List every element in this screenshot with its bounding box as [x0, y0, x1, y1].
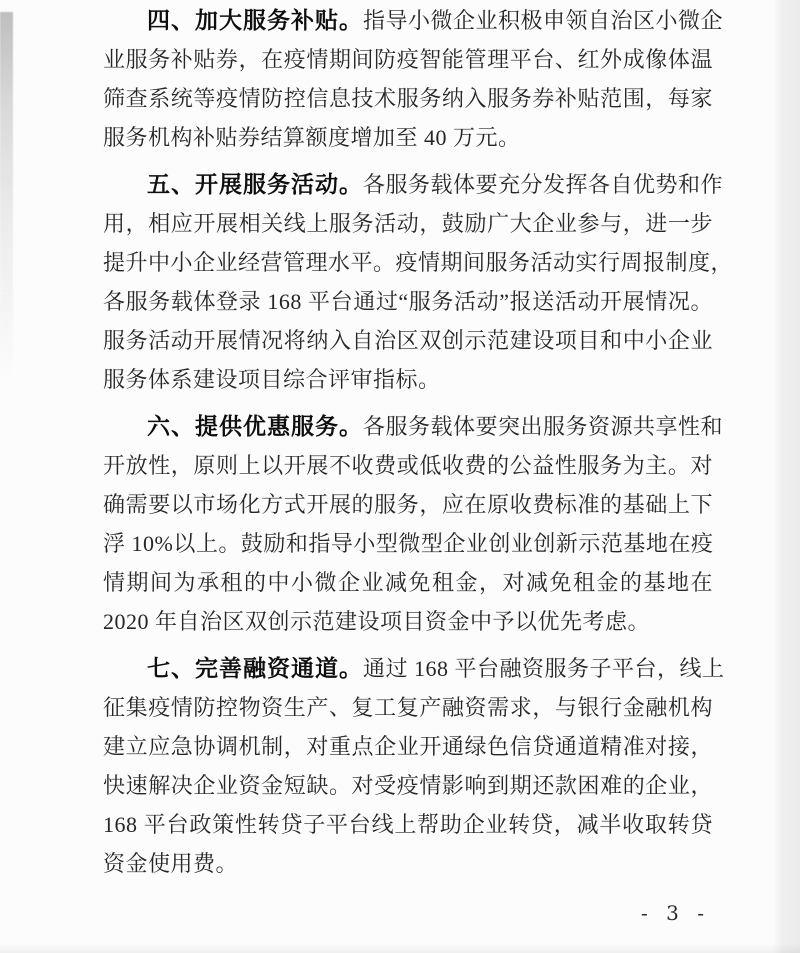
text-line: 2020 年自治区双创示范建设项目资金中予以优先考虑。 — [103, 602, 713, 641]
section-6-heading: 六、提供优惠服务。 — [147, 414, 363, 440]
section-4-service-subsidies: 四、加大服务补贴。指导小微企业积极申领自治区小微企 业服务补贴券，在疫情期间防疫… — [103, 1, 713, 157]
text-line: 情期间为承租的中小微企业减免租金，对减免租金的基地在 — [103, 563, 713, 602]
text-line: 服务体系建设项目综合评审指标。 — [103, 360, 713, 399]
text-line: 征集疫情防控物资生产、复工复产融资需求，与银行金融机构 — [103, 688, 713, 727]
section-7-financing-channels: 七、完善融资通道。通过 168 平台融资服务子平台，线上 征集疫情防控物资生产、… — [103, 649, 713, 883]
text-run: 各服务载体要充分发挥各自优势和作 — [363, 172, 723, 197]
scan-artifact-left-edge — [0, 12, 13, 382]
scan-artifact-bottom-edge — [0, 944, 800, 953]
text-line: 确需要以市场化方式开展的服务，应在原收费标准的基础上下 — [103, 485, 713, 524]
text-line: 建立应急协调机制，对重点企业开通绿色信贷通道精准对接， — [103, 727, 713, 766]
text-line: 各服务载体登录 168 平台通过“服务活动”报送活动开展情况。 — [103, 282, 713, 321]
section-6-preferential-services: 六、提供优惠服务。各服务载体要突出服务资源共享性和 开放性，原则上以开展不收费或… — [103, 407, 713, 641]
text-line: 浮 10%以上。鼓励和指导小型微型企业创业创新示范基地在疫 — [103, 524, 713, 563]
section-5-heading: 五、开展服务活动。 — [147, 172, 363, 198]
scan-artifact-right-edge — [773, 0, 800, 953]
text-run: 各服务载体要突出服务资源共享性和 — [363, 414, 723, 439]
text-run: 通过 168 平台融资服务子平台，线上 — [363, 656, 725, 681]
text-run: 指导小微企业积极申领自治区小微企 — [363, 8, 723, 33]
section-5-service-activities: 五、开展服务活动。各服务载体要充分发挥各自优势和作 用，相应开展相关线上服务活动… — [103, 165, 713, 399]
text-line: 四、加大服务补贴。指导小微企业积极申领自治区小微企 — [103, 1, 713, 40]
text-line: 筛查系统等疫情防控信息技术服务纳入服务券补贴范围，每家 — [103, 79, 713, 118]
text-line: 服务活动开展情况将纳入自治区双创示范建设项目和中小企业 — [103, 321, 713, 360]
text-line: 168 平台政策性转贷子平台线上帮助企业转贷，减半收取转贷 — [103, 805, 713, 844]
section-4-heading: 四、加大服务补贴。 — [147, 8, 363, 34]
text-line: 业服务补贴券，在疫情期间防疫智能管理平台、红外成像体温 — [103, 40, 713, 79]
section-7-heading: 七、完善融资通道。 — [147, 656, 363, 682]
text-line: 服务机构补贴券结算额度增加至 40 万元。 — [103, 118, 713, 157]
text-line: 开放性，原则上以开展不收费或低收费的公益性服务为主。对 — [103, 446, 713, 485]
text-line: 五、开展服务活动。各服务载体要充分发挥各自优势和作 — [103, 165, 713, 204]
page-number: - 3 - — [641, 901, 710, 925]
text-line: 提升中小企业经营管理水平。疫情期间服务活动实行周报制度， — [103, 243, 713, 282]
text-line: 快速解决企业资金短缺。对受疫情影响到期还款困难的企业， — [103, 766, 713, 805]
text-line: 用，相应开展相关线上服务活动，鼓励广大企业参与，进一步 — [103, 204, 713, 243]
text-line: 七、完善融资通道。通过 168 平台融资服务子平台，线上 — [103, 649, 713, 688]
document-page-body: 四、加大服务补贴。指导小微企业积极申领自治区小微企 业服务补贴券，在疫情期间防疫… — [103, 1, 713, 883]
text-line: 六、提供优惠服务。各服务载体要突出服务资源共享性和 — [103, 407, 713, 446]
text-line: 资金使用费。 — [103, 844, 713, 883]
